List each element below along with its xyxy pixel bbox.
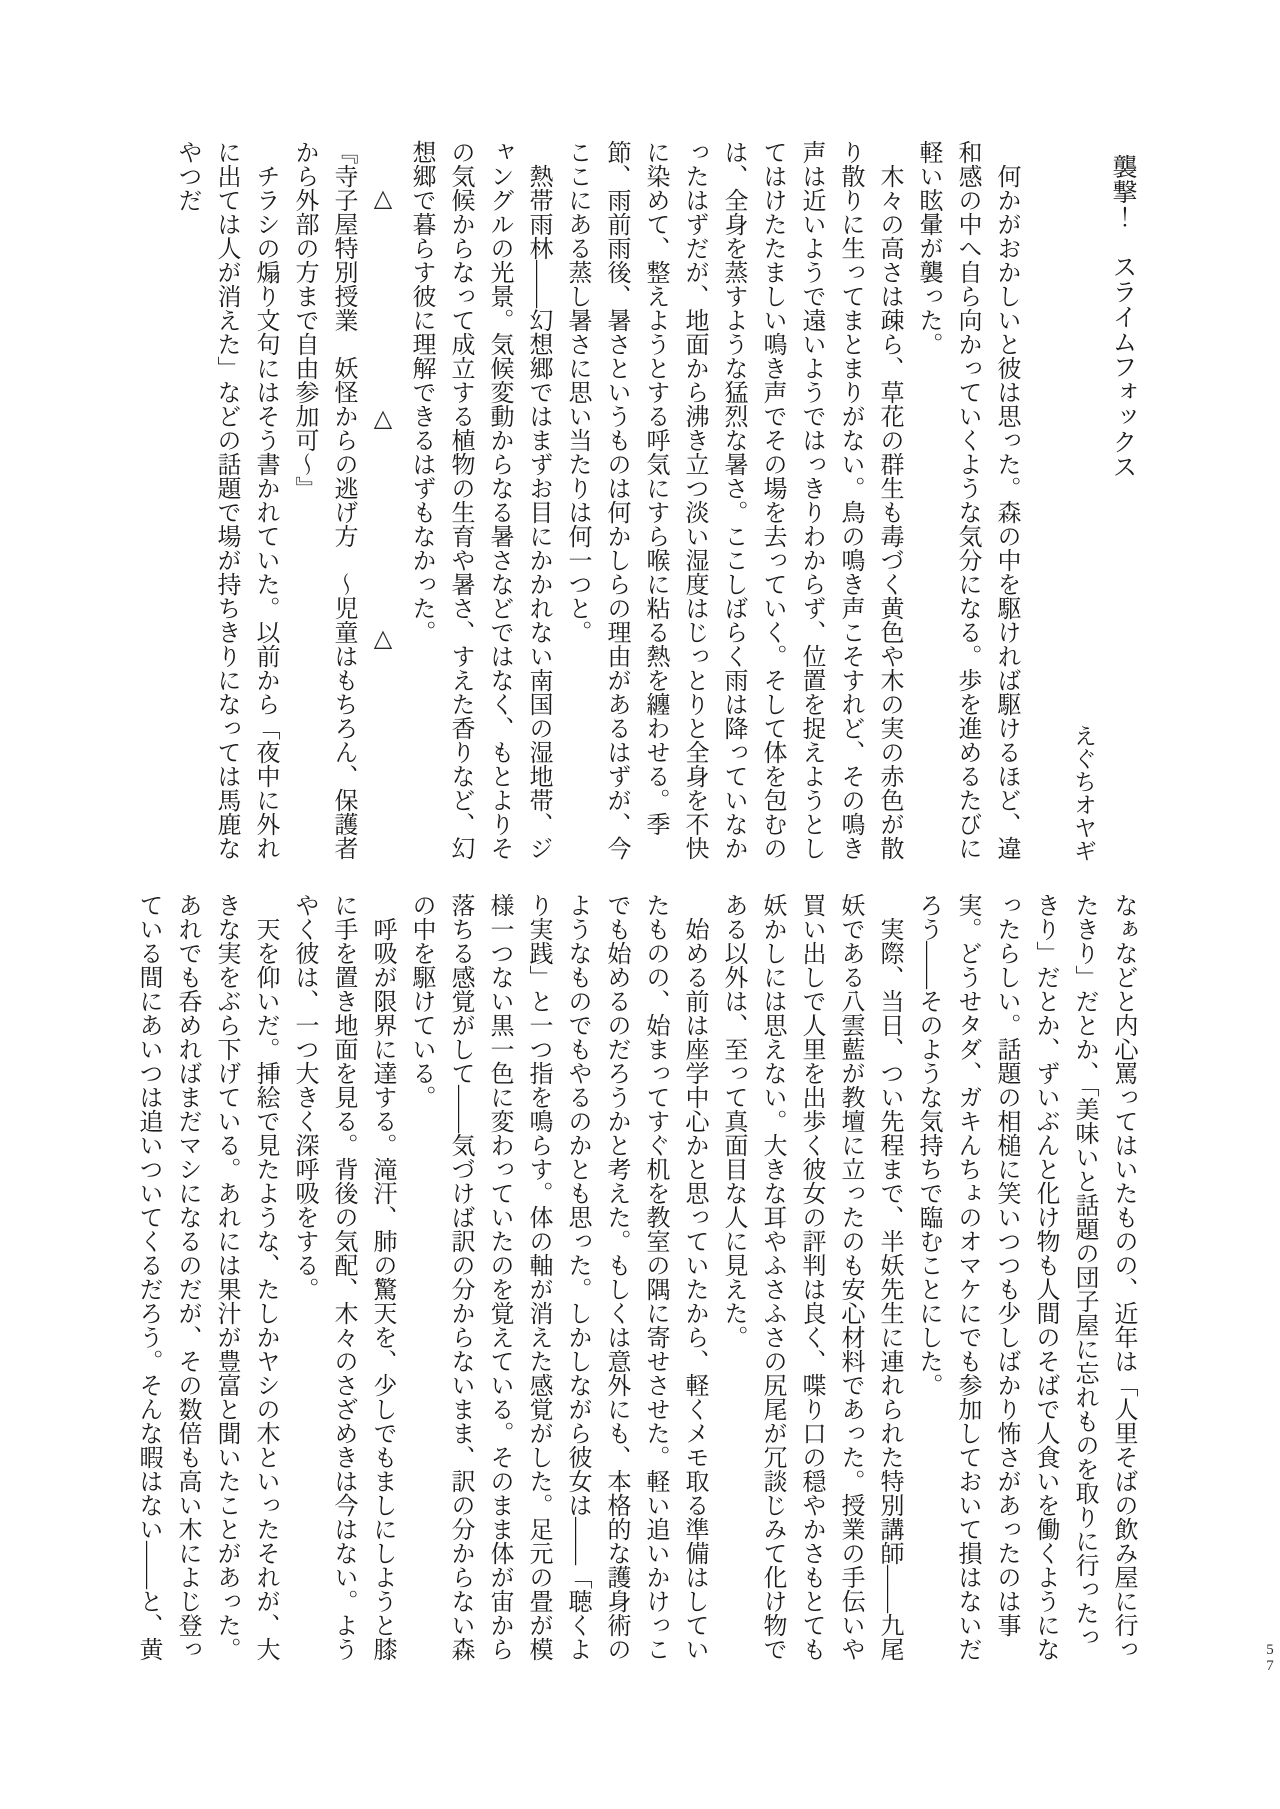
story-paragraph-9: 呼吸が限界に達する。滝汗、肺の驚天を、少しでもましにしようと膝に手を置き地面を見… — [284, 893, 401, 1665]
story-bottom-block: なぁなどと内心罵ってはいたものの、近年は「人里そばの飲み屋に行ったきり」だとか、… — [128, 893, 1142, 1665]
story-paragraph-7: 実際、当日、つい先程まで、半妖先生に連れられた特別講師——九尾妖である八雲藍が教… — [713, 893, 908, 1665]
story-title: 襲撃！ スライムフォックス — [1103, 140, 1142, 862]
story-paragraph-8: 始める前は座学中心かと思っていたから、軽くメモ取る準備はしていたものの、始まって… — [401, 893, 713, 1665]
story-paragraph-2: 木々の高さは疎ら、草花の群生も毒づく黄色や木の実の赤色が散り散りに生ってまとまり… — [557, 140, 908, 862]
story-author: えぐちオヤギ — [1064, 140, 1103, 862]
section-break-triangles: △ △ △ — [362, 140, 401, 862]
story-paragraph-6-continuation: なぁなどと内心罵ってはいたものの、近年は「人里そばの飲み屋に行ったきり」だとか、… — [908, 893, 1142, 1665]
flyer-quote: 『寺子屋特別授業 妖怪からの逃げ方 ～児童はもちろん、保護者から外部の方まで自由… — [284, 140, 362, 862]
story-paragraph-5: チラシの煽り文句にはそう書かれていた。以前から「夜中に外れに出ては人が消えた」な… — [167, 140, 284, 862]
story-paragraph-1: 何かがおかしいと彼は思った。森の中を駆ければ駆けるほど、違和感の中へ自ら向かって… — [908, 140, 1025, 862]
story-top-block: 襲撃！ スライムフォックス えぐちオヤギ 何かがおかしいと彼は思った。森の中を駆… — [167, 140, 1142, 862]
story-paragraph-3: 熱帯雨林——幻想郷ではまずお目にかかれない南国の湿地帯、ジャングルの光景。気候変… — [401, 140, 557, 862]
document-page: 襲撃！ スライムフォックス えぐちオヤギ 何かがおかしいと彼は思った。森の中を駆… — [0, 0, 1280, 1809]
story-paragraph-10: 天を仰いだ。挿絵で見たような、たしかヤシの木といったそれが、大きな実をぶら下げて… — [128, 893, 284, 1665]
page-number: 57 — [1262, 1642, 1277, 1674]
